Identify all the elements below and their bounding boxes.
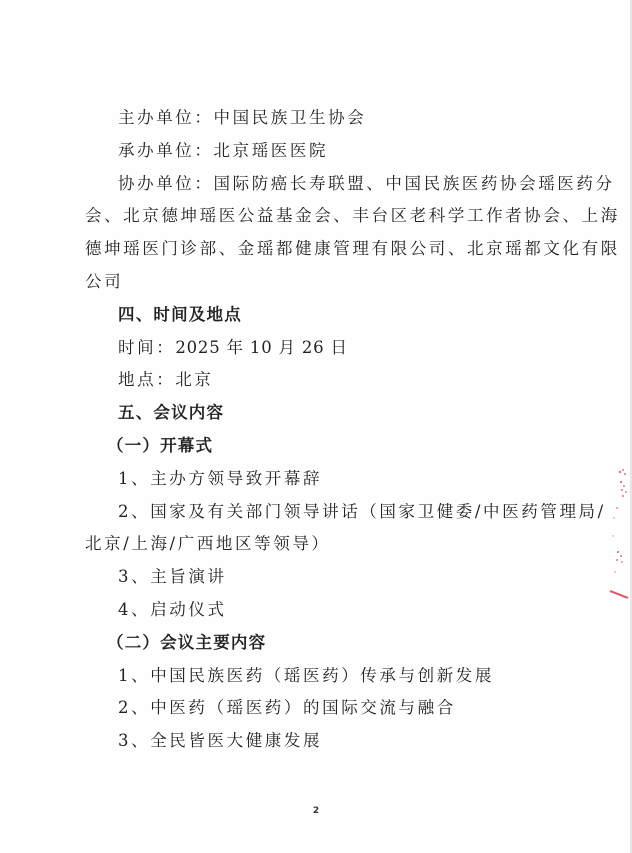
list-item-continuation: 北京/上海/广西地区等领导） <box>85 528 555 561</box>
place-value: 北京 <box>175 370 213 389</box>
time-label: 时间： <box>118 338 175 357</box>
list-item: 2、国家及有关部门领导讲话（国家卫健委/中医药管理局/ <box>85 496 555 529</box>
time-value: 2025 年 10 月 26 日 <box>175 338 348 357</box>
list-item: 4、启动仪式 <box>85 594 555 627</box>
subsection-heading-main-content: （二）会议主要内容 <box>85 627 555 660</box>
host-organizer-label: 主办单位： <box>118 108 214 127</box>
time-line: 时间：2025 年 10 月 26 日 <box>85 332 555 365</box>
co-organizers-label: 协办单位： <box>118 174 214 193</box>
section-heading-time-place: 四、时间及地点 <box>85 299 555 332</box>
place-label: 地点： <box>118 370 175 389</box>
host-organizer-value: 中国民族卫生协会 <box>214 108 367 127</box>
red-seal-fragment-icon <box>600 460 630 610</box>
co-organizers-continuation: 会、北京德坤瑶医公益基金会、丰台区老科学工作者协会、上海 <box>85 200 555 233</box>
page-number: 2 <box>0 806 632 816</box>
section-heading-meeting-content: 五、会议内容 <box>85 397 555 430</box>
co-organizers-line: 协办单位：国际防癌长寿联盟、中国民族医药协会瑶医药分 <box>85 168 555 201</box>
list-item: 1、中国民族医药（瑶医药）传承与创新发展 <box>85 660 555 693</box>
list-item: 3、全民皆医大健康发展 <box>85 725 555 758</box>
list-item: 3、主旨演讲 <box>85 561 555 594</box>
document-page: 主办单位：中国民族卫生协会 承办单位：北京瑶医医院 协办单位：国际防癌长寿联盟、… <box>0 0 632 853</box>
list-item: 2、中医药（瑶医药）的国际交流与融合 <box>85 692 555 725</box>
list-item: 1、主办方领导致开幕辞 <box>85 463 555 496</box>
document-body: 主办单位：中国民族卫生协会 承办单位：北京瑶医医院 协办单位：国际防癌长寿联盟、… <box>85 102 555 758</box>
place-line: 地点：北京 <box>85 364 555 397</box>
undertaker-label: 承办单位： <box>118 141 214 160</box>
co-organizers-text: 国际防癌长寿联盟、中国民族医药协会瑶医药分 <box>214 174 615 193</box>
co-organizers-continuation: 公司 <box>85 266 555 299</box>
undertaker-value: 北京瑶医医院 <box>214 141 329 160</box>
co-organizers-continuation: 德坤瑶医门诊部、金瑶都健康管理有限公司、北京瑶都文化有限 <box>85 233 555 266</box>
host-organizer-line: 主办单位：中国民族卫生协会 <box>85 102 555 135</box>
subsection-heading-opening: （一）开幕式 <box>85 430 555 463</box>
undertaker-line: 承办单位：北京瑶医医院 <box>85 135 555 168</box>
